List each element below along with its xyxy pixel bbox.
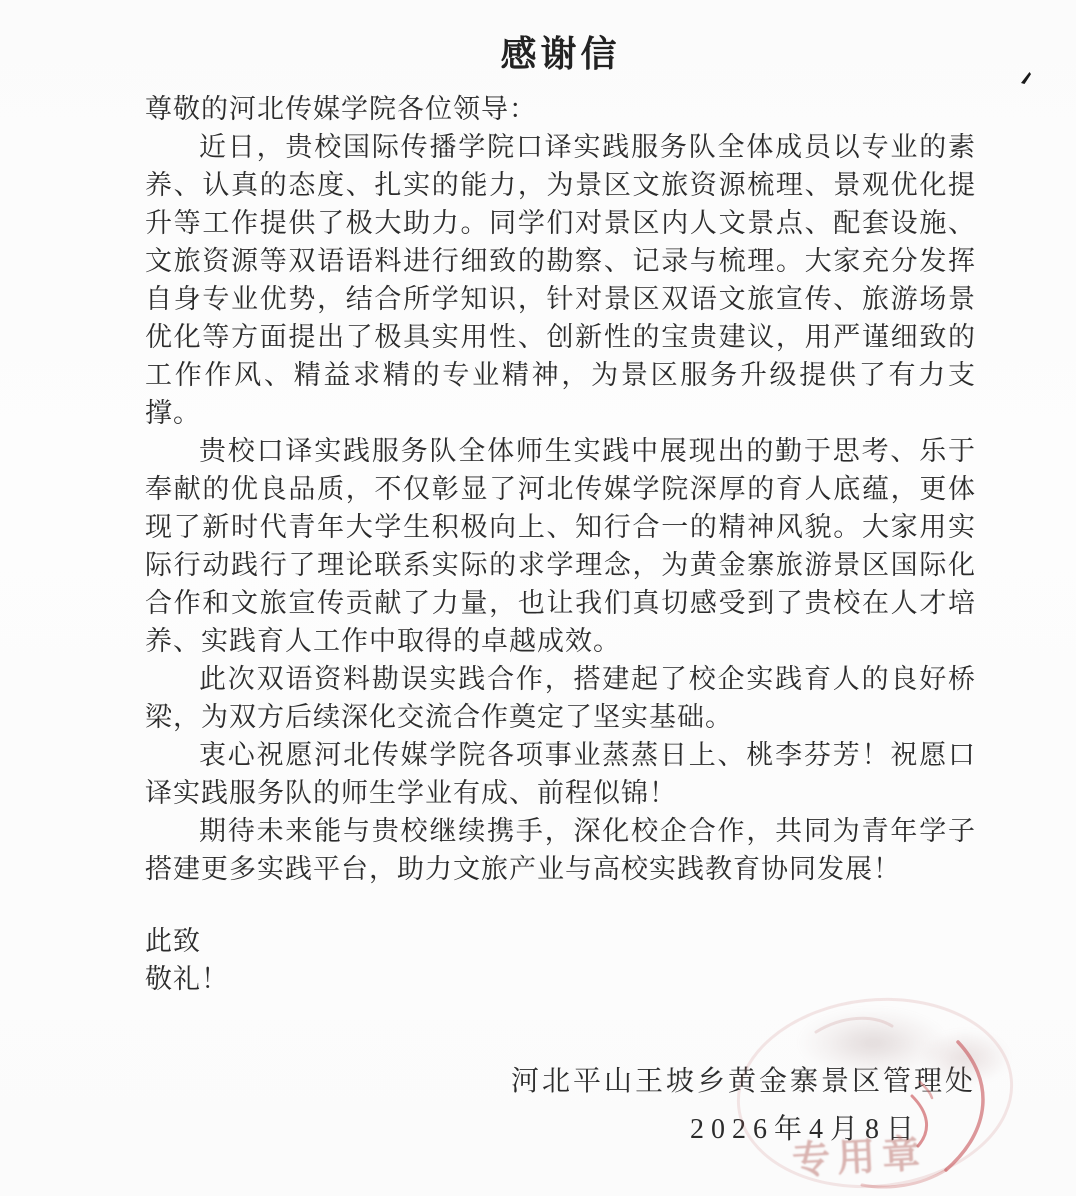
paragraph-4: 衷心祝愿河北传媒学院各项事业蒸蒸日上、桃李芬芳！祝愿口译实践服务队的师生学业有成… xyxy=(145,736,976,812)
signature-block: 河北平山王坡乡黄金寨景区管理处 2026年4月8日 xyxy=(145,1062,976,1150)
letter-body: 近日，贵校国际传播学院口译实践服务队全体成员以专业的素养、认真的态度、扎实的能力… xyxy=(145,128,976,888)
letter-page: 感谢信 尊敬的河北传媒学院各位领导： 近日，贵校国际传播学院口译实践服务队全体成… xyxy=(0,0,1076,1196)
closing: 此致 敬礼！ xyxy=(145,922,976,998)
signature-date: 2026年4月8日 xyxy=(145,1110,976,1150)
letter-content: 感谢信 尊敬的河北传媒学院各位领导： 近日，贵校国际传播学院口译实践服务队全体成… xyxy=(145,0,976,998)
salutation: 尊敬的河北传媒学院各位领导： xyxy=(145,90,976,128)
signature-org: 河北平山王坡乡黄金寨景区管理处 xyxy=(145,1062,976,1102)
paragraph-2: 贵校口译实践服务队全体师生实践中展现出的勤于思考、乐于奉献的优良品质，不仅彰显了… xyxy=(145,432,976,660)
closing-salute: 此致 xyxy=(145,922,976,960)
letter-title: 感谢信 xyxy=(145,34,976,74)
paragraph-1: 近日，贵校国际传播学院口译实践服务队全体成员以专业的素养、认真的态度、扎实的能力… xyxy=(145,128,976,432)
paragraph-5: 期待未来能与贵校继续携手，深化校企合作，共同为青年学子搭建更多实践平台，助力文旅… xyxy=(145,812,976,888)
paragraph-3: 此次双语资料勘误实践合作，搭建起了校企实践育人的良好桥梁，为双方后续深化交流合作… xyxy=(145,660,976,736)
ink-speck xyxy=(1021,72,1031,84)
closing-respect: 敬礼！ xyxy=(145,960,976,998)
